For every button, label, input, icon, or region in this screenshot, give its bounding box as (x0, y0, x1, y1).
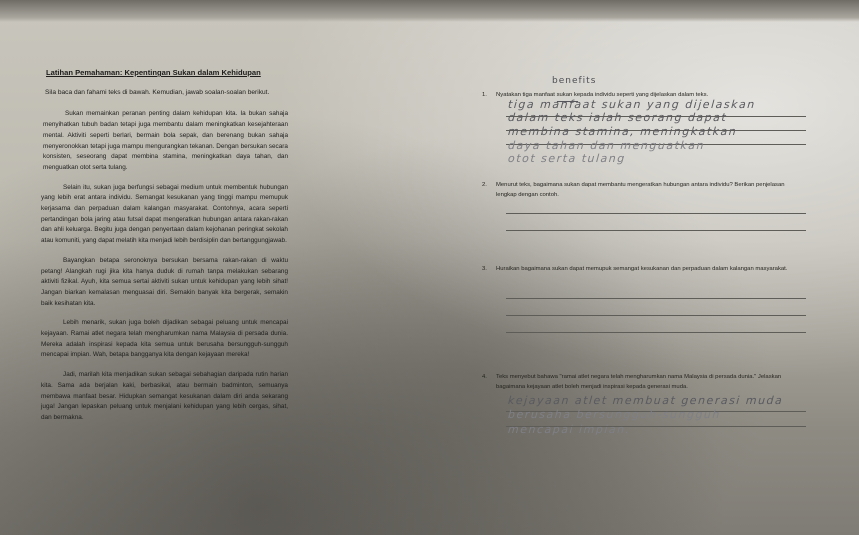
answer-line-1[interactable]: tiga manfaat sukan yang dijelaskan (508, 100, 756, 110)
passage-paragraph-1: Sukan memainkan peranan penting dalam ke… (18, 109, 288, 173)
answer-line-2[interactable] (506, 230, 806, 231)
question-number: 2. (482, 180, 496, 190)
answer-line-2[interactable]: berusaha bersungguh-sungguh (508, 410, 722, 420)
answer-line-4[interactable]: daya tahan dan menguatkan (508, 141, 706, 151)
answer-line-5[interactable]: otot serta tulang (508, 154, 626, 164)
question-number: 1. (482, 90, 496, 100)
question-text: Menurut teks, bagaimana sukan dapat memb… (496, 182, 785, 198)
answer-line-1[interactable]: kejayaan atlet membuat generasi muda (508, 396, 784, 406)
answer-line-2[interactable] (506, 315, 806, 316)
question-text: Huraikan bagaimana sukan dapat memupuk s… (496, 266, 787, 272)
instruction-text: Sila baca dan fahami teks di bawah. Kemu… (45, 88, 288, 99)
passage-paragraph-3: Bayangkan betapa seronoknya bersukan ber… (18, 256, 288, 310)
answer-line-3[interactable] (506, 332, 806, 333)
answer-line-2[interactable]: dalam teks ialah seorang dapat (508, 113, 728, 123)
answer-line-3[interactable]: membina stamina, meningkatkan (508, 127, 738, 137)
worksheet-title: Latihan Pemahaman: Kepentingan Sukan dal… (46, 68, 288, 79)
answer-line-3[interactable]: mencapai impian. (508, 425, 631, 435)
passage-paragraph-2: Selain itu, sukan juga berfungsi sebagai… (18, 183, 288, 247)
handwritten-note: benefits (552, 76, 596, 86)
passage-paragraph-5: Jadi, marilah kita menjadikan sukan seba… (18, 370, 288, 424)
question-1: benefits 1.Nyatakan tiga manfaat sukan k… (482, 90, 802, 100)
passage-paragraph-4: Lebih menarik, sukan juga boleh dijadika… (18, 318, 288, 361)
answer-line-1[interactable] (506, 298, 806, 299)
question-number: 4. (482, 372, 496, 382)
question-number: 3. (482, 264, 496, 274)
question-4: 4.Teks menyebut bahawa "ramai atlet nega… (482, 372, 802, 392)
question-2: 2.Menurut teks, bagaimana sukan dapat me… (482, 180, 802, 200)
question-3: 3.Huraikan bagaimana sukan dapat memupuk… (482, 264, 802, 274)
reading-passage: Latihan Pemahaman: Kepentingan Sukan dal… (18, 68, 288, 433)
question-text: Teks menyebut bahawa "ramai atlet negara… (496, 374, 781, 390)
top-shadow (0, 0, 859, 22)
answer-line-1[interactable] (506, 213, 806, 214)
